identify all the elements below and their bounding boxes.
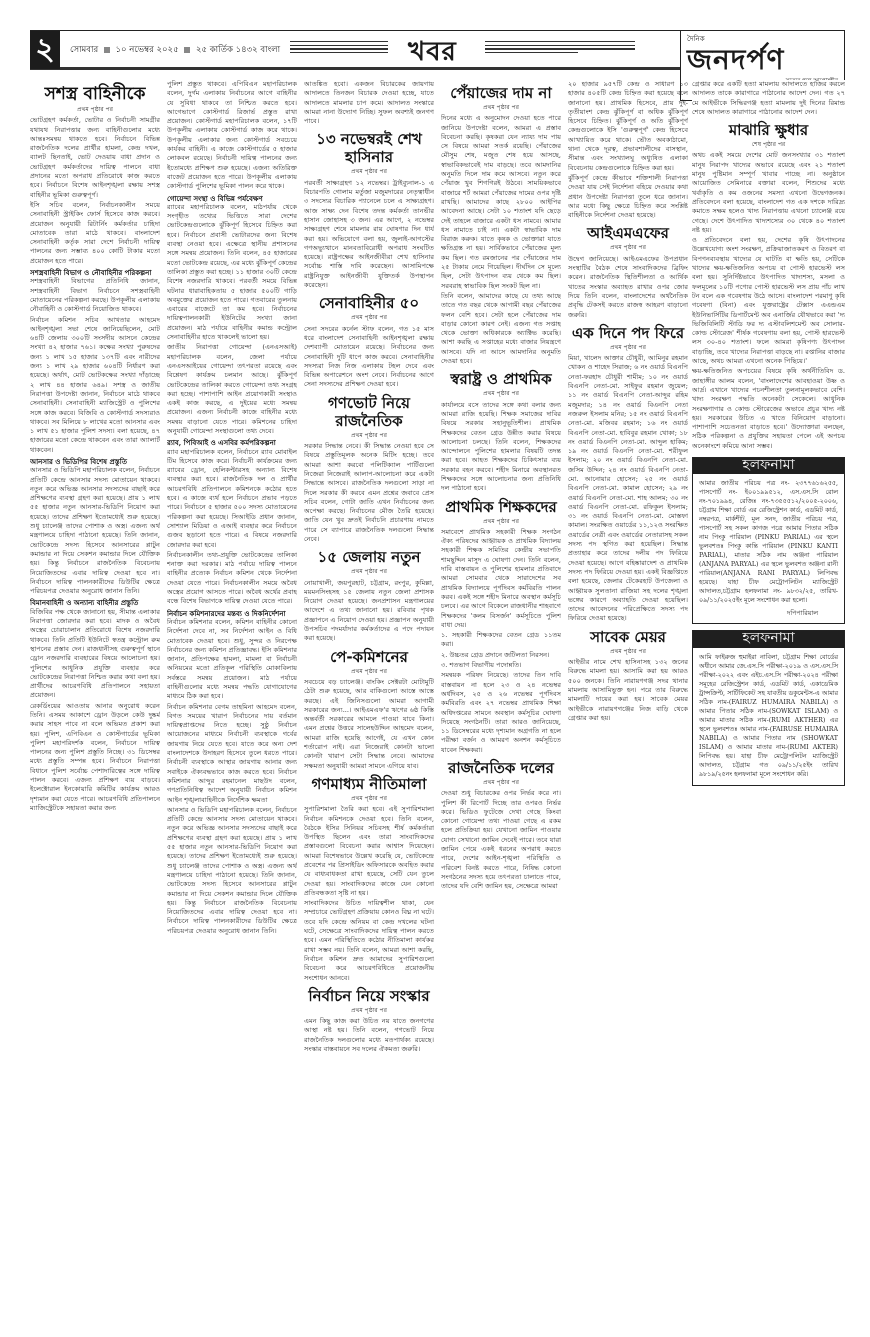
article-home-primary: স্বরাষ্ট্র ও প্রাথমিক প্রথম পৃষ্ঠার পর ক…: [441, 370, 561, 493]
paragraph: কার্যালয়ে বসে তাদের সঙ্গে কথা বলার জন্য…: [441, 401, 561, 494]
paragraph: নির্বাচন কমিশন সচিব আখতার আহমেদ আইনশৃঙ্খ…: [30, 316, 160, 455]
date-gregorian: ১০ নভেম্বর ২০২৫: [116, 45, 179, 55]
paragraph: র‍্যাবের মহাপরিচালক বলেন, মাঠপর্যায় থেক…: [167, 203, 297, 342]
paragraph: আমার জাতীয় পরিচয় পত্র নং- ২৩৭৭৬১৬২৫৫, …: [699, 479, 838, 605]
affidavit-box-2: হলফনামা আমি ফাইরুজ হুমাইরা নাবিলা, চট্টগ…: [692, 630, 845, 785]
signature: দপিপারিয়াল: [699, 609, 838, 618]
list-item: ৩. শতভাগ বিভাগীয় পদোন্নতি।: [441, 661, 561, 670]
headline: আইএমএফের: [568, 224, 688, 242]
affidavit-title: হলফনামা: [693, 458, 844, 474]
continued-from: প্রথম পৃষ্ঠার পর: [441, 517, 561, 526]
paragraph: ক্ষয়-ক্ষতিজনিত অপচয়ের বিষয়ে কৃষি অর্থ…: [692, 367, 845, 451]
article-hunger: মাঝারি ক্ষুধার শেষ পৃষ্ঠার পর অথচ একই সম…: [692, 121, 845, 451]
subheading: আনসার ও ভিডিপির বিশেষ প্রস্তুতি: [30, 457, 160, 466]
section-title: খবর: [408, 31, 457, 75]
headline: গণমাধ্যম নীতিমালা: [304, 775, 434, 793]
article-army-50: সেনাবাহিনীর ৫০ প্রথম পৃষ্ঠার পর সেনা সদর…: [304, 294, 434, 389]
continued-from: প্রথম পৃষ্ঠার পর: [568, 343, 688, 352]
article-armed-forces: সশস্ত্র বাহিনীকে প্রথম পৃষ্ঠার পর ভোটগ্র…: [30, 84, 160, 813]
paragraph: আতঙ্কিত হবো। একজন বিচারকের জায়গায় আদাল…: [304, 80, 434, 126]
day: সোমবার: [70, 45, 98, 55]
headline: পেঁয়াজের দাম না: [441, 84, 561, 102]
decorative-rules: [485, 41, 635, 59]
masthead: ২ সোমবার ১০ নভেম্বর ২০২৫ ২৫ কার্তিক ১৪৩২…: [30, 30, 845, 70]
paragraph: আমি ফাইরুজ হুমাইরা নাবিলা, চট্টগ্রাম শিক…: [699, 653, 838, 779]
headline: সশস্ত্র বাহিনীকে: [30, 84, 160, 104]
paragraph: সবচেয়ে বড় চ্যালেঞ্জ। বাংকিং সেক্টরটা ম…: [304, 678, 434, 771]
column-2: পুলিশ প্রস্তুত থাকবে। এপিবিএন মহাপরিচালক…: [167, 80, 297, 1320]
continued-from: শেষ পৃষ্ঠার পর: [692, 140, 845, 149]
column-5: ২০ হাজার ৯৫৭টি কেন্দ্র ও সাধারণ ১৩ হাজার…: [568, 80, 688, 1320]
paragraph: আনসার ও ভিডিপি মহাপরিচালক বলেন, নির্বাচন…: [30, 466, 160, 596]
continued-from: প্রথম পৃষ্ঠার পর: [441, 389, 561, 398]
headline: সাবেক মেয়র: [568, 628, 688, 646]
headline: নির্বাচন নিয়ে সংস্কার: [304, 987, 434, 1005]
paragraph: সুপারিশমালা তৈরি করা হবে। এই সুপারিশমালা…: [304, 805, 434, 898]
headline: সেনাবাহিনীর ৫০: [304, 294, 434, 312]
article-election-reform: নির্বাচন নিয়ে সংস্কার প্রথম পৃষ্ঠার পর …: [304, 987, 434, 1054]
headline: প্রাথমিক শিক্ষকদের: [441, 498, 561, 516]
paragraph: উদ্বেগ জানিয়েছে। আইএমএফের উপপ্রধান সংস্…: [568, 255, 688, 320]
continued-from: প্রথম পৃষ্ঠার পর: [304, 667, 434, 676]
column-1: সশস্ত্র বাহিনীকে প্রথম পৃষ্ঠার পর ভোটগ্র…: [30, 80, 160, 1320]
continued-from: প্রথম পৃষ্ঠার পর: [441, 103, 561, 112]
continued-from: প্রথম পৃষ্ঠার পর: [304, 313, 434, 322]
list-item: ১. সহকারী শিক্ষকদের বেতন গ্রেড ১১তম করা।: [441, 631, 561, 650]
headline: স্বরাষ্ট্র ও প্রাথমিক: [441, 370, 561, 388]
column-3: আতঙ্কিত হবো। একজন বিচারকের জায়গায় আদাল…: [304, 80, 434, 1320]
headline: পে-কমিশনের: [304, 648, 434, 666]
continued-from: প্রথম পৃষ্ঠার পর: [304, 794, 434, 803]
headline: এক দিনে পদ ফিরে: [568, 324, 688, 342]
list-item: ২. উচ্চতর গ্রেড প্রদানে জটিলতা নিরসন।: [441, 651, 561, 660]
article-pay-commission: পে-কমিশনের প্রথম পৃষ্ঠার পর সবচেয়ে বড় …: [304, 648, 434, 771]
paragraph: রেকর্ডিংয়ের আওতায় আনার অনুরোধ করেন তিন…: [30, 702, 160, 814]
headline: গণভোট নিয়ে রাজনৈতিক: [304, 394, 434, 430]
paragraph: এমন কিছু কাজ করা উচিত নয় যাতে জনগণের আস…: [304, 1017, 434, 1054]
paragraph: আইভীর নামে শেখ হাসিনাসহ ১৩২ জনের বিরুদ্ধ…: [568, 658, 688, 723]
paragraph: নির্বাচন কমিশনার বেগম তাহমিনা আহমেদ বলেন…: [167, 703, 297, 805]
continued-from: প্রথম পৃষ্ঠার পর: [304, 431, 434, 440]
paragraph: গ্রেপ্তার করে একটি হত্যা মামলায় আদালতে …: [692, 80, 845, 117]
dateline: সোমবার ১০ নভেম্বর ২০২৫ ২৫ কার্তিক ১৪৩২ ব…: [70, 43, 280, 57]
article-onion: পেঁয়াজের দাম না প্রথম পৃষ্ঠার পর দিনের …: [441, 84, 561, 366]
subheading: নির্বাচন কমিশনারদের মন্তব্য ও দিকনির্দেশ…: [167, 609, 297, 618]
paragraph: আনসার ও ভিডিপি মহাপরিচালক বলেন, নির্বাচন…: [167, 806, 297, 936]
paragraph: ২০ হাজার ৯৫৭টি কেন্দ্র ও সাধারণ ১৩ হাজার…: [568, 80, 688, 173]
paragraph: ভোটগ্রহণ কর্মকর্তা, ভোটার ও নির্বাচনী সা…: [30, 116, 160, 200]
article-media-policy: গণমাধ্যম নীতিমালা প্রথম পৃষ্ঠার পর সুপার…: [304, 775, 434, 983]
separator-square-icon: [104, 47, 110, 53]
paragraph: দিনের মধ্যে এ অনুমোদন দেওয়া হতে পারে জা…: [441, 114, 561, 291]
paragraph: সাংবাদিকদের উচিত দায়িত্বশীল থাকা, যেন স…: [304, 899, 434, 983]
paragraph: সমন্বয়ক পরিষদ নিয়েছে। তাদের তিন দাবি ব…: [441, 671, 561, 755]
paragraph: তিনি বলেন, আমাদের কাছে যে তথ্য আছে তাতে …: [441, 292, 561, 366]
decorative-rules: [290, 41, 388, 59]
article-primary-teachers: প্রাথমিক শিক্ষকদের প্রথম পৃষ্ঠার পর সমাব…: [441, 498, 561, 755]
continued-from: প্রথম পৃষ্ঠার পর: [304, 1006, 434, 1015]
continued-from: প্রথম পৃষ্ঠার পর: [568, 647, 688, 656]
paragraph: সমাবেশে প্রাথমিক সহকারী শিক্ষক সংগঠন ঐক্…: [441, 528, 561, 630]
paragraph: পরবর্তী সাক্ষ্যগ্রহণ ১২ নভেম্বর। ট্রাইব্…: [304, 179, 434, 291]
headline: ১৩ নভেম্বরই শেখ হাসিনার: [304, 130, 434, 166]
paragraph: নির্বাচন কমিশনার বলেন, কমিশন বাহিনীর কোন…: [167, 618, 297, 702]
affidavit-box-1: হলফনামা আমার জাতীয় পরিচয় পত্র নং- ২৩৭৭…: [692, 457, 845, 624]
article-imf: আইএমএফের প্রথম পৃষ্ঠার পর উদ্বেগ জানিয়ে…: [568, 224, 688, 319]
paragraph: দেওয়া শুধু বিচারকের ওপর নির্ভর করে না। …: [441, 789, 561, 891]
continued-from: প্রথম পৃষ্ঠার পর: [304, 567, 434, 576]
paragraph: পুলিশ প্রস্তুত থাকবে। এপিবিএন মহাপরিচালক…: [167, 80, 297, 192]
column-4: পেঁয়াজের দাম না প্রথম পৃষ্ঠার পর দিনের …: [441, 80, 561, 1320]
subheading: গোয়েন্দা সংস্থা ও বিভিন্ন পর্যবেক্ষণ: [167, 194, 297, 203]
affidavit-body: আমি ফাইরুজ হুমাইরা নাবিলা, চট্টগ্রাম শিক…: [693, 648, 844, 785]
continued-from: প্রথম পৃষ্ঠার পর: [30, 105, 160, 114]
separator-square-icon: [184, 47, 190, 53]
headline: ১৫ জেলায় নতুন: [304, 548, 434, 566]
continued-from: প্রথম পৃষ্ঠার পর: [441, 778, 561, 787]
page-number: ২: [30, 31, 60, 69]
subheading: বিমানবাহিনী ও অন্যান্য বাহিনীর প্রস্তুতি: [30, 598, 160, 607]
article-referendum: গণভোট নিয়ে রাজনৈতিক প্রথম পৃষ্ঠার পর সর…: [304, 394, 434, 545]
logo-name: জনদর্পণ: [687, 45, 838, 75]
paragraph: সশস্ত্রবাহিনী বিভাগের প্রতিনিধি জানান, স…: [30, 277, 160, 314]
paragraph: সরকার সিদ্ধান্ত নেবে। কী সিদ্ধান্ত নেওয়…: [304, 442, 434, 544]
article-hasina: ১৩ নভেম্বরই শেখ হাসিনার প্রথম পৃষ্ঠার পর…: [304, 130, 434, 290]
paragraph: জাতীয় নিরাপত্তা গোয়েন্দা (এনএসআই) মহাপ…: [167, 343, 297, 436]
paragraph: ইসি সচিব বলেন, নির্বাচনকালীন সময়ে সেনাব…: [30, 201, 160, 266]
article-political-parties: রাজনৈতিক দলের প্রথম পৃষ্ঠার পর দেওয়া শু…: [441, 759, 561, 892]
affidavit-title: হলফনামা: [693, 631, 844, 647]
subheading: র‍্যাব, পিবিআই ও এসবির কর্মপরিকল্পনা: [167, 438, 297, 447]
column-6: গ্রেপ্তার করে একটি হত্যা মামলায় আদালতে …: [692, 80, 845, 1320]
paragraph: নির্বাচনকালীন তথ্য-প্রযুক্তি ভোটকেন্দ্রে…: [167, 551, 297, 607]
paragraph: বিজিবির পক্ষ থেকে জানানো হয়, সীমান্ত এল…: [30, 608, 160, 701]
paragraph: অথচ একই সময়ে দেশের মোট জনসংখ্যার ৩১ শতা…: [692, 151, 845, 235]
affidavit-body: আমার জাতীয় পরিচয় পত্র নং- ২৩৭৭৬১৬২৫৫, …: [693, 474, 844, 623]
paragraph: মিয়া, খালেদ আক্তার চৌধুরী, আমিনুর রহমান…: [568, 354, 688, 624]
paragraph: সেনা সদরের কর্নেল স্টাফ বলেন, গত ১৫ মাস …: [304, 325, 434, 390]
paragraph: ও প্রতিবেদনে বলা হয়, দেশের কৃষি উৎপাদনে…: [692, 236, 845, 366]
article-one-day: এক দিনে পদ ফিরে প্রথম পৃষ্ঠার পর মিয়া, …: [568, 324, 688, 624]
subheading: সশস্ত্রবাহিনী বিভাগ ও নৌবাহিনীর পরিকল্পন…: [30, 268, 160, 277]
continued-from: প্রথম পৃষ্ঠার পর: [568, 243, 688, 252]
continued-from: প্রথম পৃষ্ঠার পর: [304, 167, 434, 176]
paragraph: র‍্যাব মহাপরিচালক বলেন, নির্বাচনে র‍্যাব…: [167, 448, 297, 550]
headline: মাঝারি ক্ষুধার: [692, 121, 845, 139]
date-bengali: ২৫ কার্তিক ১৪৩২ বাংলা: [196, 45, 280, 55]
paragraph: নোয়াখালী, জয়পুরহাট, চট্টগ্রাম, রংপুর, …: [304, 579, 434, 644]
article-15-districts: ১৫ জেলায় নতুন প্রথম পৃষ্ঠার পর নোয়াখাল…: [304, 548, 434, 643]
headline: রাজনৈতিক দলের: [441, 759, 561, 777]
article-former-mayor: সাবেক মেয়র প্রথম পৃষ্ঠার পর আইভীর নামে …: [568, 628, 688, 723]
paragraph: ঝুঁকিপূর্ণ কেন্দ্রে কীভাবে শক্তিশালী নির…: [568, 174, 688, 220]
